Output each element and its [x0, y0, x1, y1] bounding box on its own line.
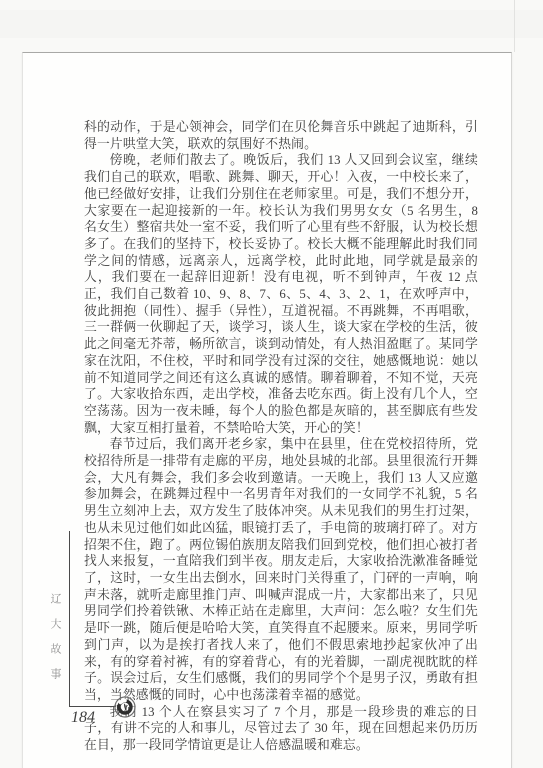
paragraph: 科的动作，于是心领神会，同学们在贝伦舞音乐中跳起了迪斯科，引得一片哄堂大笑，联欢… — [84, 119, 478, 152]
sidebar-rule-vertical — [69, 531, 70, 707]
paragraph: 我们 13 个人在察县实习了 7 个月，那是一段珍贵的难忘的日子，有讲不完的人和… — [84, 704, 478, 754]
sidebar-series-label: 辽大故事 — [47, 593, 63, 753]
publisher-emblem-icon — [113, 695, 137, 719]
book-page: 科的动作，于是心领神会，同学们在贝伦舞音乐中跳起了迪斯科，引得一片哄堂大笑，联欢… — [22, 52, 512, 768]
scan-artifact-edge — [514, 0, 515, 52]
scan-artifact-band — [0, 10, 543, 38]
scanned-page-viewport: 科的动作，于是心领神会，同学们在贝伦舞音乐中跳起了迪斯科，引得一片哄堂大笑，联欢… — [0, 0, 543, 768]
sidebar-rule-horizontal — [69, 706, 116, 707]
paragraph: 傍晚，老师们散去了。晚饭后，我们 13 人又回到会议室，继续我们自己的联欢，唱歌… — [84, 152, 478, 436]
paragraph: 春节过后，我们离开老乡家，集中在县里，住在党校招待所，党校招待所是一排带有走廊的… — [84, 436, 478, 703]
body-text: 科的动作，于是心领神会，同学们在贝伦舞音乐中跳起了迪斯科，引得一片哄堂大笑，联欢… — [84, 119, 478, 754]
page-number: 184 — [71, 709, 95, 727]
